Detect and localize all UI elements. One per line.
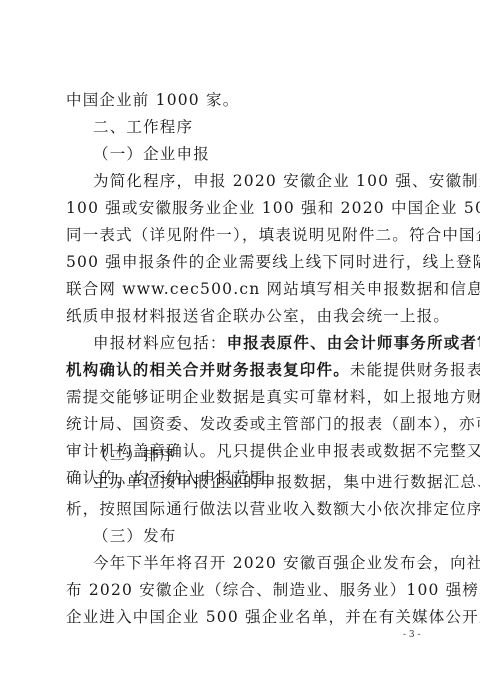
paragraph-line: 同一表式（详见附件一），填表说明见附件二。符合中国企业 bbox=[66, 225, 416, 245]
paragraph-line: 需提交能够证明企业数据是真实可靠材料，如上报地方财政局、 bbox=[66, 387, 416, 407]
paragraph-line: 布 2020 安徽企业（综合、制造业、服务业）100 强榜单及安徽 bbox=[66, 580, 416, 600]
paragraph-line: 100 强或安徽服务业企业 100 强和 2020 中国企业 500 强均采用 bbox=[66, 198, 416, 218]
bold-text: 机构确认的相关合并财务报表复印件。 bbox=[66, 360, 350, 379]
document-page: 中国企业前 1000 家。 二、工作程序 （一）企业申报 为简化程序，申报 20… bbox=[0, 0, 480, 680]
subsection-heading: （一）企业申报 bbox=[93, 144, 443, 164]
paragraph-line: 机构确认的相关合并财务报表复印件。未能提供财务报表的， bbox=[66, 360, 416, 380]
plain-text: 未能提供财务报表的， bbox=[350, 361, 480, 379]
paragraph-line: 析，按照国际通行做法以营业收入数额大小依次排定位序。 bbox=[66, 499, 416, 519]
paragraph-line: 今年下半年将召开 2020 安徽百强企业发布会，向社会发 bbox=[93, 553, 443, 573]
paragraph-line: 为简化程序，申报 2020 安徽企业 100 强、安徽制造业企业 bbox=[93, 171, 443, 191]
paragraph-line: 纸质申报材料报送省企联办公室，由我会统一上报。 bbox=[66, 306, 416, 326]
paragraph-line: 500 强申报条件的企业需要线上线下同时进行，线上登陆中企 bbox=[66, 252, 416, 272]
subsection-heading: （二）排序 bbox=[93, 445, 443, 465]
subsection-heading: （三）发布 bbox=[93, 526, 443, 546]
paragraph-line: 企业进入中国企业 500 强企业名单，并在有关媒体公开发布。 bbox=[66, 607, 416, 627]
paragraph-line: 申报材料应包括：申报表原件、由会计师事务所或者审计 bbox=[93, 333, 443, 353]
paragraph-line: 联合网 www.cec500.cn 网站填写相关申报数据和信息，线下将 bbox=[66, 279, 416, 299]
paragraph-line: 主办单位按申报企业的申报数据，集中进行数据汇总、分 bbox=[93, 472, 443, 492]
bold-text: 申报表原件、由会计师事务所或者审计 bbox=[227, 333, 480, 352]
paragraph-line: 统计局、国资委、发改委或主管部门的报表（副本），亦可由 bbox=[66, 414, 416, 434]
section-heading: 二、工作程序 bbox=[93, 117, 443, 137]
paragraph-line: 中国企业前 1000 家。 bbox=[66, 90, 416, 110]
page-number: - 3 - bbox=[403, 630, 421, 640]
plain-text: 申报材料应包括： bbox=[93, 334, 227, 352]
